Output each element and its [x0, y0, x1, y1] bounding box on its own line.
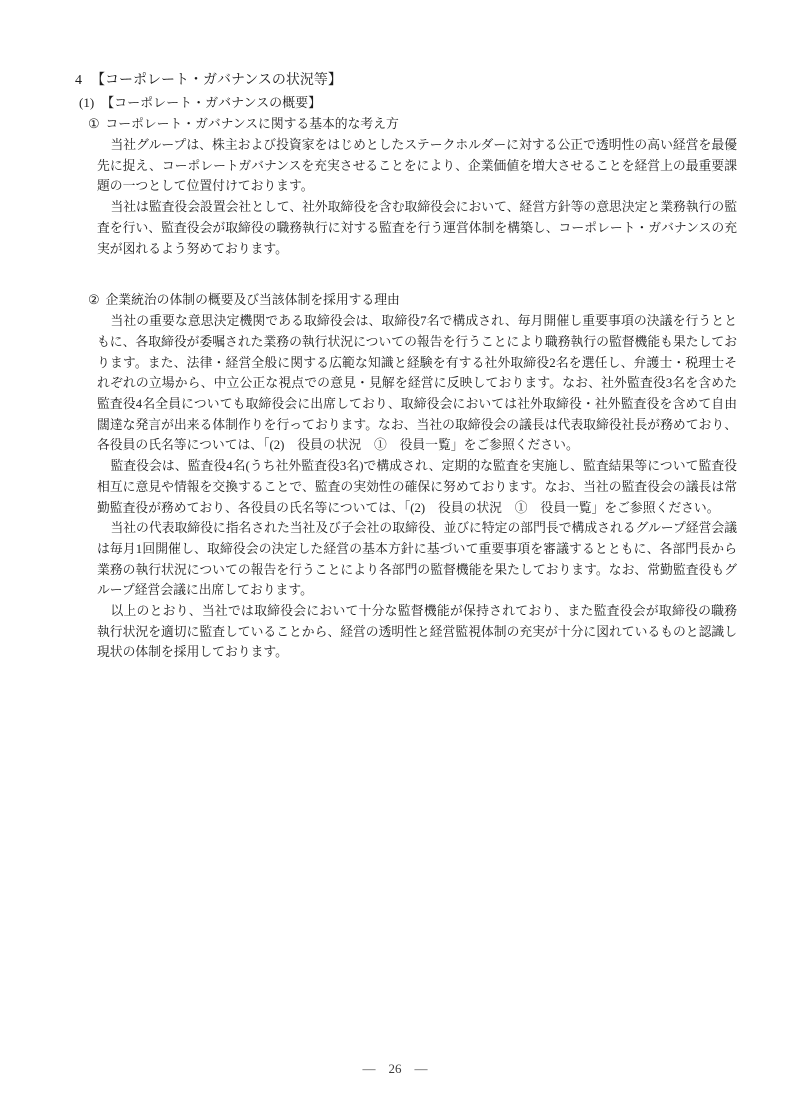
item-1-marker: ① [88, 114, 99, 135]
item-1-title: コーポレート・ガバナンスに関する基本的な考え方 [105, 117, 398, 131]
document-page: 4【コーポレート・ガバナンスの状況等】 (1)【コーポレート・ガバナンスの概要】… [0, 0, 790, 1118]
item-1-basic-policy: ①コーポレート・ガバナンスに関する基本的な考え方 当社グループは、株主および投資… [75, 114, 740, 259]
item-2-paragraph-2: 監査役会は、監査役4名(うち社外監査役3名)で構成され、定期的な監査を実施し、監… [97, 456, 737, 518]
subsection-number: (1) [79, 92, 94, 114]
item-2-paragraph-3: 当社の代表取締役に指名された当社及び子会社の取締役、並びに特定の部門長で構成され… [97, 518, 737, 601]
item-2-heading: ②企業統治の体制の概要及び当該体制を採用する理由 [88, 290, 740, 311]
item-2-governance-structure: ②企業統治の体制の概要及び当該体制を採用する理由 当社の重要な意思決定機関である… [75, 290, 740, 663]
subsection-heading: (1)【コーポレート・ガバナンスの概要】 [79, 92, 740, 114]
item-2-marker: ② [88, 290, 99, 311]
subsection-title: 【コーポレート・ガバナンスの概要】 [101, 95, 321, 110]
item-2-title: 企業統治の体制の概要及び当該体制を採用する理由 [105, 293, 399, 307]
section-number: 4 [75, 70, 82, 92]
page-number-label: ― 26 ― [362, 1061, 427, 1076]
section-title: 【コーポレート・ガバナンスの状況等】 [91, 73, 342, 88]
item-2-paragraph-4: 以上のとおり、当社では取締役会において十分な監督機能が保持されており、また監査役… [97, 601, 737, 663]
item-1-heading: ①コーポレート・ガバナンスに関する基本的な考え方 [88, 114, 740, 135]
item-1-paragraph-1: 当社グループは、株主および投資家をはじめとしたステークホルダーに対する公正で透明… [97, 135, 737, 197]
document-body: 4【コーポレート・ガバナンスの状況等】 (1)【コーポレート・ガバナンスの概要】… [75, 70, 740, 663]
blank-line-spacer [75, 259, 740, 280]
section-heading: 4【コーポレート・ガバナンスの状況等】 [75, 70, 740, 92]
item-2-paragraph-1: 当社の重要な意思決定機関である取締役会は、取締役7名で構成され、毎月開催し重要事… [97, 311, 737, 456]
item-1-paragraph-2: 当社は監査役会設置会社として、社外取締役を含む取締役会において、経営方針等の意思… [97, 197, 737, 259]
page-number: ― 26 ― [0, 1058, 790, 1079]
